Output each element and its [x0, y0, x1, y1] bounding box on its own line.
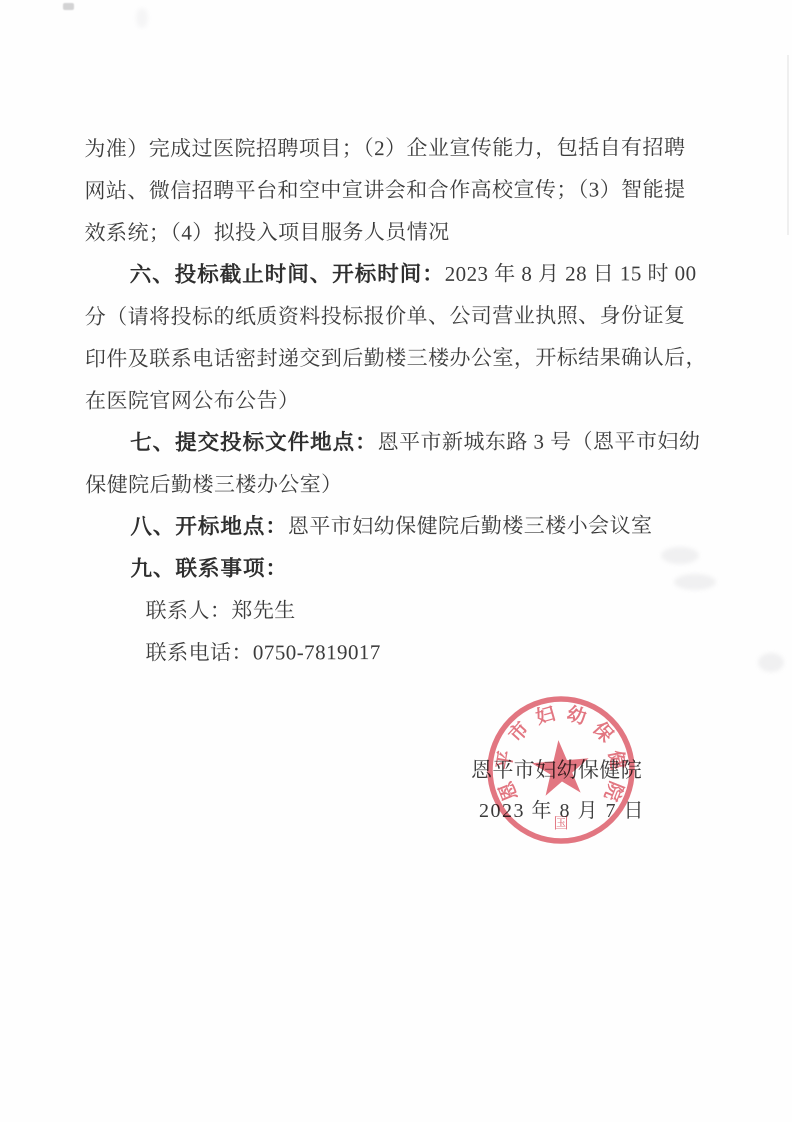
text-line-7: 在医院官网公布公告） [85, 378, 725, 422]
body-segment: 网站、微信招聘平台和空中宣讲会和合作高校宣传；（3）智能提 [84, 177, 685, 203]
text-line-8: 七、提交投标文件地点：恩平市新城东路 3 号（恩平市妇幼 [85, 420, 725, 464]
text-line-13: 联系电话：0750-7819017 [86, 630, 726, 674]
text-line-2: 网站、微信招聘平台和空中宣讲会和合作高校宣传；（3）智能提 [84, 168, 724, 212]
body-segment: 联系人：郑先生 [146, 598, 296, 622]
text-line-12: 联系人：郑先生 [85, 588, 725, 632]
heading-segment: 六、投标截止时间、开标时间： [130, 262, 445, 287]
official-seal-stamp: 恩平市妇幼保健院国 [476, 685, 646, 855]
text-line-9: 保健院后勤楼三楼办公室） [85, 462, 725, 506]
text-line-11: 九、联系事项： [85, 546, 725, 590]
body-segment: 2023 年 8 月 28 日 15 时 00 [445, 261, 697, 286]
seal-star-icon [530, 738, 592, 797]
scan-smudge [661, 547, 699, 564]
body-segment: 为准）完成过医院招聘项目；（2）企业宣传能力，包括自有招聘 [84, 135, 685, 161]
text-line-4: 六、投标截止时间、开标时间：2023 年 8 月 28 日 15 时 00 [85, 252, 725, 296]
text-line-1: 为准）完成过医院招聘项目；（2）企业宣传能力，包括自有招聘 [84, 126, 724, 170]
scan-speck [63, 3, 74, 10]
heading-segment: 九、联系事项： [130, 556, 288, 580]
body-segment: 印件及联系电话密封递交到后勤楼三楼办公室，开标结果确认后， [85, 345, 707, 371]
seal-arc-char: 健 [604, 748, 630, 772]
heading-segment: 八、开标地点： [130, 514, 288, 538]
body-segment: 效系统；（4）拟投入项目服务人员情况 [85, 220, 450, 245]
scan-edge-line [787, 55, 789, 235]
heading-segment: 七、提交投标文件地点： [130, 430, 378, 455]
scan-smudge [674, 574, 716, 590]
document-text-block: 为准）完成过医院招聘项目；（2）企业宣传能力，包括自有招聘网站、微信招聘平台和空… [84, 126, 725, 674]
body-segment: 恩平市妇幼保健院后勤楼三楼小会议室 [288, 513, 653, 538]
body-segment: 在医院官网公布公告） [85, 388, 300, 413]
body-segment: 分（请将投标的纸质资料投标报价单、公司营业执照、身份证复 [85, 303, 686, 329]
text-line-5: 分（请将投标的纸质资料投标报价单、公司营业执照、身份证复 [85, 294, 725, 338]
scan-smudge [758, 653, 784, 672]
seal-arc-char: 平 [493, 749, 518, 772]
body-segment: 联系电话：0750-7819017 [146, 640, 381, 665]
scanned-document-page: 为准）完成过医院招聘项目；（2）企业宣传能力，包括自有招聘网站、微信招聘平台和空… [0, 0, 792, 1122]
text-line-3: 效系统；（4）拟投入项目服务人员情况 [85, 210, 725, 254]
seal-bottom-mark: 国 [553, 815, 568, 832]
scan-smudge [136, 8, 148, 28]
body-segment: 保健院后勤楼三楼办公室） [85, 472, 342, 497]
text-line-6: 印件及联系电话密封递交到后勤楼三楼办公室，开标结果确认后， [85, 336, 725, 380]
text-line-10: 八、开标地点：恩平市妇幼保健院后勤楼三楼小会议室 [85, 504, 725, 548]
body-segment: 恩平市新城东路 3 号（恩平市妇幼 [378, 429, 701, 454]
